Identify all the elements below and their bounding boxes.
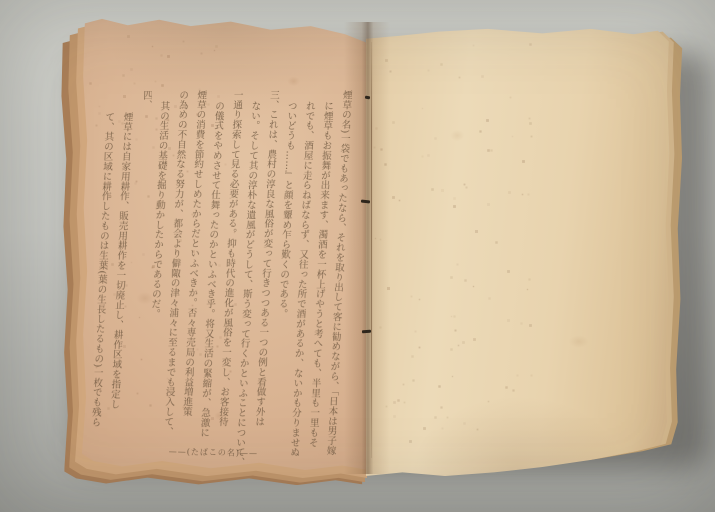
open-booklet: 煙草の名)一袋でもあったなら、それを取り出して客に勧めながら、「日本は男子嫁に煙…	[50, 8, 690, 494]
right-page-blank	[366, 28, 670, 476]
paper-speckles	[366, 28, 367, 29]
text-columns: 煙草の名)一袋でもあったなら、それを取り出して客に勧めながら、「日本は男子嫁に煙…	[77, 90, 352, 464]
paper-stains	[366, 28, 670, 476]
binding-stitch	[362, 330, 371, 334]
binding-crease-line	[371, 42, 372, 458]
left-page: 煙草の名)一袋でもあったなら、それを取り出して客に勧めながら、「日本は男子嫁に煙…	[82, 18, 368, 470]
photo-backdrop: 煙草の名)一袋でもあったなら、それを取り出して客に勧めながら、「日本は男子嫁に煙…	[0, 0, 715, 512]
paper-speckles	[82, 18, 83, 19]
binding-stitch	[365, 96, 370, 100]
